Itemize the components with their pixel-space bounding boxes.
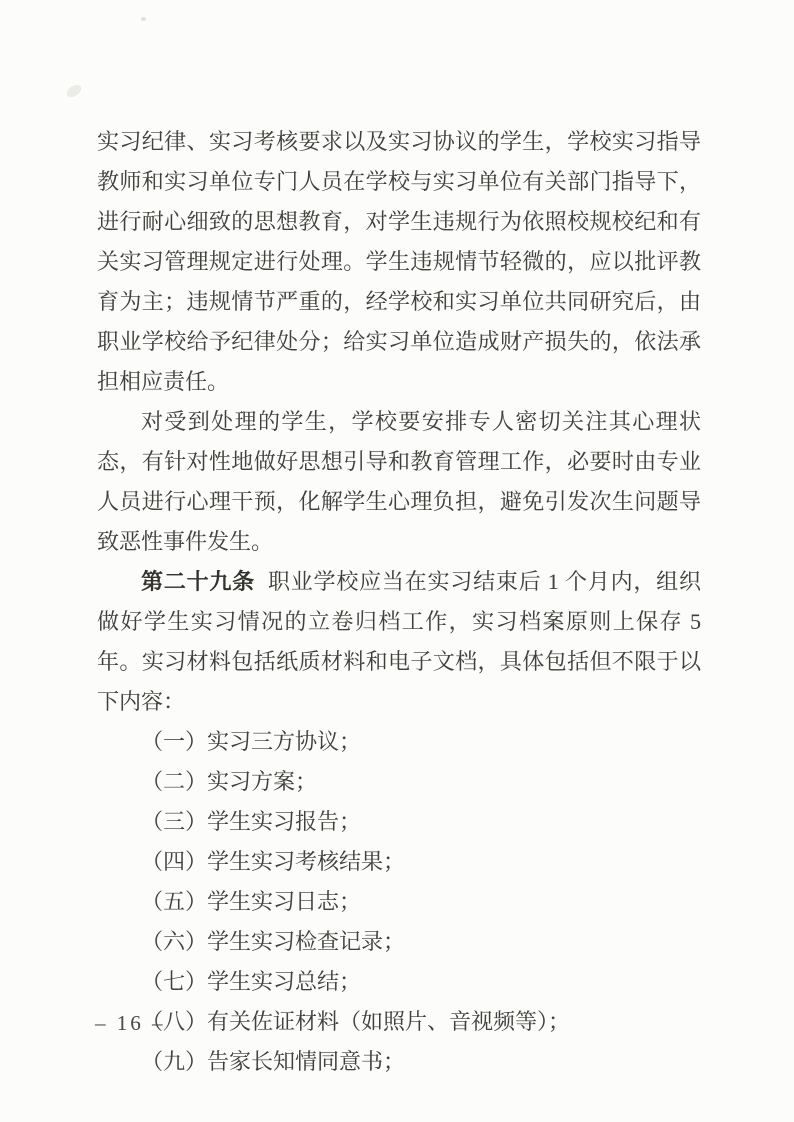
scan-speck — [141, 17, 146, 21]
list-item: （四）学生实习考核结果； — [97, 842, 701, 882]
list-item: （七）学生实习总结； — [97, 962, 701, 1002]
document-page: 实习纪律、实习考核要求以及实习协议的学生，学校实习指导教师和实习单位专门人员在学… — [0, 0, 794, 1122]
list-item: （九）告家长知情同意书； — [97, 1042, 701, 1082]
paragraph-discipline: 实习纪律、实习考核要求以及实习协议的学生，学校实习指导教师和实习单位专门人员在学… — [97, 122, 701, 402]
list-item: （五）学生实习日志； — [97, 882, 701, 922]
list-item: （一）实习三方协议； — [97, 722, 701, 762]
list-item: （三）学生实习报告； — [97, 802, 701, 842]
paragraph-psychological-care: 对受到处理的学生，学校要安排专人密切关注其心理状态，有针对性地做好思想引导和教育… — [97, 402, 701, 562]
document-body: 实习纪律、实习考核要求以及实习协议的学生，学校实习指导教师和实习单位专门人员在学… — [97, 122, 701, 1082]
scan-smudge — [65, 82, 84, 99]
list-item: （六）学生实习检查记录； — [97, 922, 701, 962]
paragraph-article-29: 第二十九条职业学校应当在实习结束后 1 个月内，组织做好学生实习情况的立卷归档工… — [97, 562, 701, 722]
list-item: （八）有关佐证材料（如照片、音视频等）； — [97, 1002, 701, 1042]
archive-materials-list: （一）实习三方协议； （二）实习方案； （三）学生实习报告； （四）学生实习考核… — [97, 722, 701, 1082]
list-item: （二）实习方案； — [97, 762, 701, 802]
article-number: 第二十九条 — [141, 569, 255, 594]
page-number: – 16 – — [95, 1008, 166, 1038]
